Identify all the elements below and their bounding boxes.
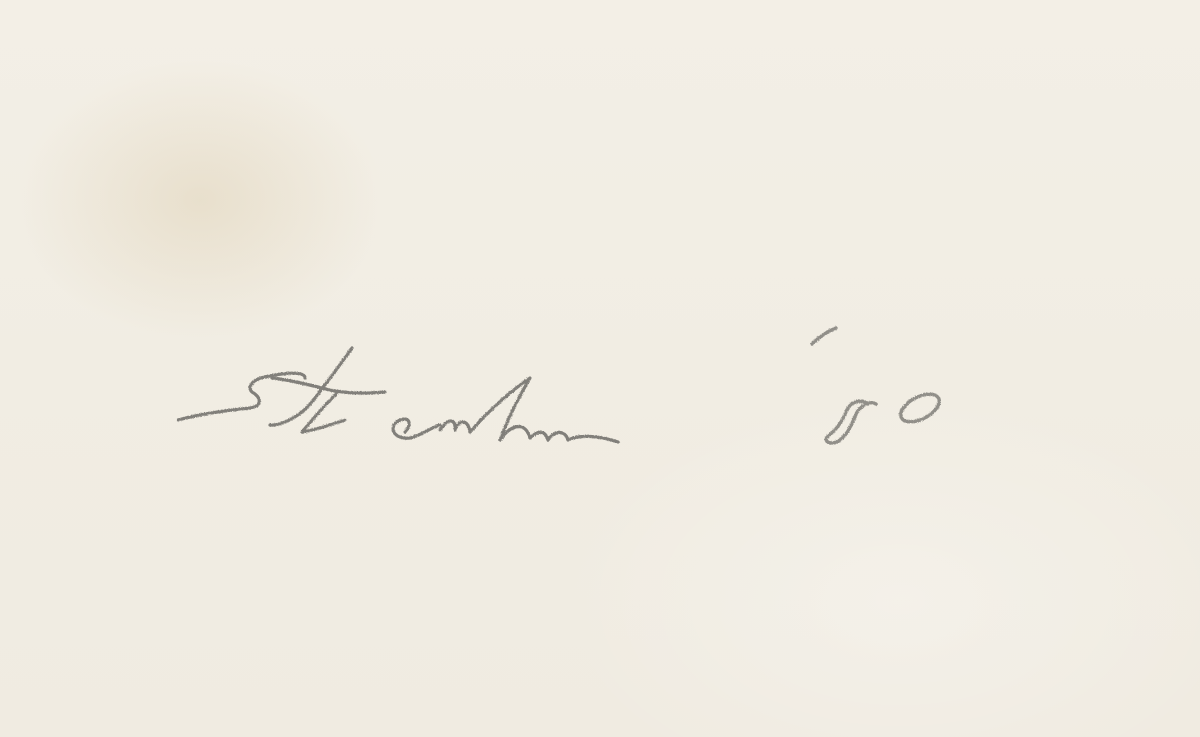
digit-0-stroke [896, 388, 943, 427]
signature-drawing [0, 0, 1200, 737]
signature-stroke-group [178, 348, 618, 442]
date-stroke-group [812, 328, 944, 443]
paper-sheet: Stenhm '80 [0, 0, 1200, 737]
apostrophe-stroke [812, 328, 836, 344]
digit-8-stroke [826, 401, 876, 443]
